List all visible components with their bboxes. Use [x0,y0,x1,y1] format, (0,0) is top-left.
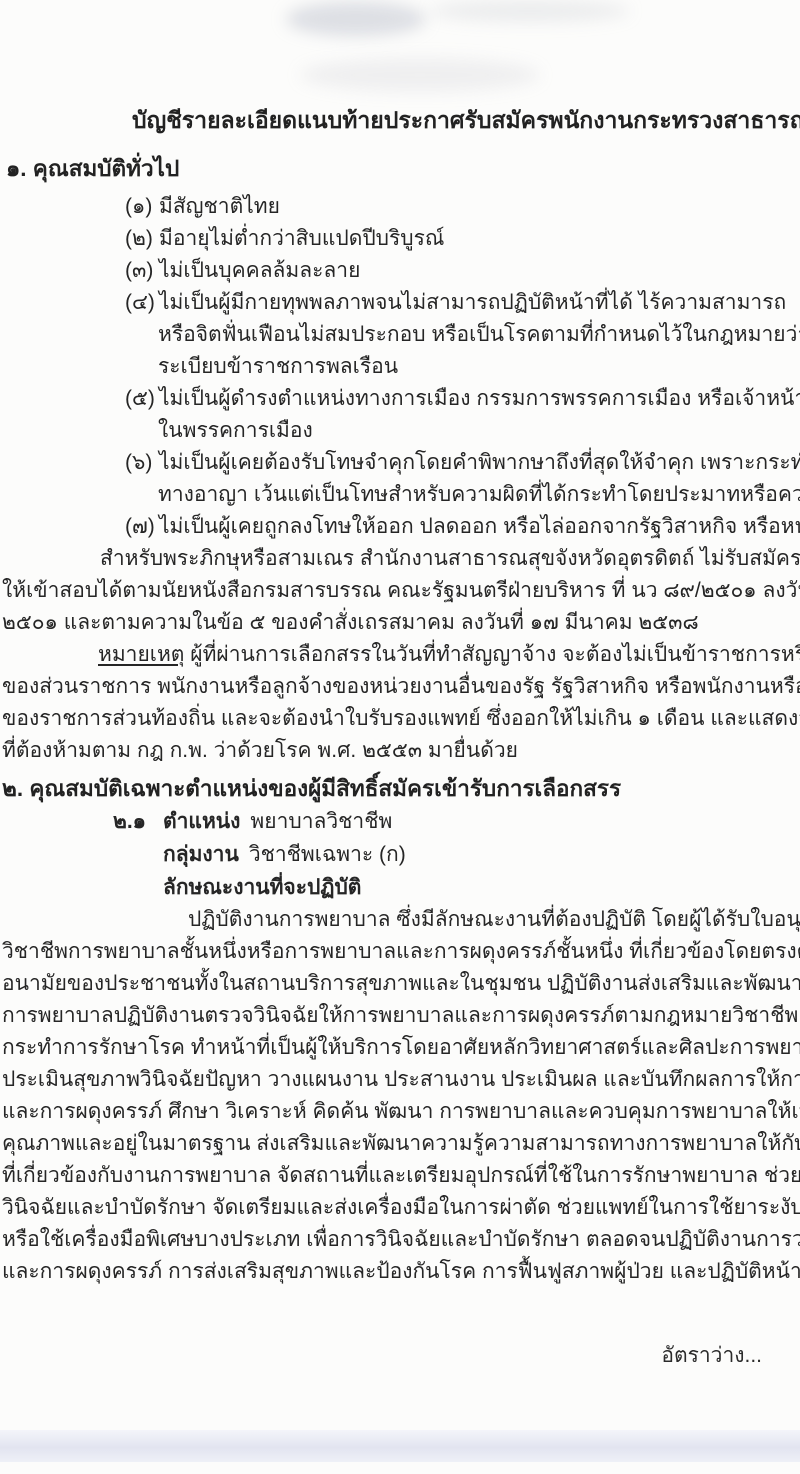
page-title: บัญชีรายละเอียดแนบท้ายประกาศรับสมัครพนัก… [0,0,800,137]
item-number: (๓) [125,255,159,287]
item-number: (๑) [125,191,159,223]
duties-line: วิชาชีพการพยาบาลชั้นหนึ่งหรือการพยาบาลแล… [0,936,800,968]
list-item: (๖)ไม่เป็นผู้เคยต้องรับโทษจำคุกโดยคำพิพา… [0,447,800,479]
note-label: หมายเหตุ [98,643,184,666]
note-first-line: หมายเหตุ ผู้ที่ผ่านการเลือกสรรในวันที่ทำ… [0,639,800,671]
scanned-document-page: บัญชีรายละเอียดแนบท้ายประกาศรับสมัครพนัก… [0,0,800,1474]
note-line: ที่ต้องห้ามตาม กฎ ก.พ. ว่าด้วยโรค พ.ศ. ๒… [0,735,800,767]
section2-heading: ๒. คุณสมบัติเฉพาะตำแหน่งของผู้มีสิทธิ์สม… [0,772,800,805]
duties-line: ประเมินสุขภาพวินิจฉัยปัญหา วางแผนงาน ประ… [0,1064,800,1096]
note-paragraph: หมายเหตุ ผู้ที่ผ่านการเลือกสรรในวันที่ทำ… [0,639,800,767]
duties-line: ปฏิบัติงานการพยาบาล ซึ่งมีลักษณะงานที่ต้… [0,904,800,936]
page-continuation-note: อัตราว่าง... [0,1340,800,1372]
duties-line: และการผดุงครรภ์ การส่งเสริมสุขภาพและป้อง… [0,1256,800,1288]
note-line: ของส่วนราชการ พนักงานหรือลูกจ้างของหน่วย… [0,671,800,703]
duties-heading: ลักษณะงานที่จะปฏิบัติ [0,871,800,904]
position-row: ๒.๑ตำแหน่งพยาบาลวิชาชีพ [0,805,800,838]
duties-line: คุณภาพและอยู่ในมาตรฐาน ส่งเสริมและพัฒนาค… [0,1128,800,1160]
sub-section-number: ๒.๑ [113,805,163,838]
monk-clause-line: ให้เข้าสอบได้ตามนัยหนังสือกรมสารบรรณ คณะ… [0,575,800,607]
position-label: ตำแหน่ง [163,810,240,833]
item-text: ไม่เป็นผู้ดำรงตำแหน่งทางการเมือง กรรมการ… [159,387,800,410]
group-label: กลุ่มงาน [163,843,239,866]
duties-line: อนามัยของประชาชนทั้งในสถานบริการสุขภาพแล… [0,968,800,1000]
duties-line: กระทำการรักษาโรค ทำหน้าที่เป็นผู้ให้บริก… [0,1032,800,1064]
position-details: ๒.๑ตำแหน่งพยาบาลวิชาชีพ กลุ่มงานวิชาชีพเ… [0,805,800,904]
group-row: กลุ่มงานวิชาชีพเฉพาะ (ก) [0,838,800,871]
item-text-continuation: หรือจิตฟั่นเฟือนไม่สมประกอบ หรือเป็นโรคต… [0,319,800,351]
section1-heading: ๑. คุณสมบัติทั่วไป [0,153,800,185]
item-text: ไม่เป็นผู้เคยถูกลงโทษให้ออก ปลดออก หรือไ… [159,515,800,538]
list-item: (๓)ไม่เป็นบุคคลล้มละลาย [0,255,800,287]
list-item: (๕)ไม่เป็นผู้ดำรงตำแหน่งทางการเมือง กรรม… [0,383,800,415]
duties-paragraph: ปฏิบัติงานการพยาบาล ซึ่งมีลักษณะงานที่ต้… [0,904,800,1288]
item-text-continuation: ระเบียบข้าราชการพลเรือน [0,351,800,383]
item-number: (๖) [125,447,159,479]
duties-line: วินิจฉัยและบำบัดรักษา จัดเตรียมและส่งเคร… [0,1192,800,1224]
item-text: ไม่เป็นผู้เคยต้องรับโทษจำคุกโดยคำพิพากษา… [159,451,800,474]
item-text-continuation: ในพรรคการเมือง [0,415,800,447]
item-text: มีสัญชาติไทย [159,195,280,218]
general-qualifications-list: (๑)มีสัญชาติไทย (๒)มีอายุไม่ต่ำกว่าสิบแป… [0,191,800,639]
monk-clause-line: สำหรับพระภิกษุหรือสามเณร สำนักงานสาธารณส… [0,543,800,575]
duties-line: และการผดุงครรภ์ ศึกษา วิเคราะห์ คิดค้น พ… [0,1096,800,1128]
list-item: (๗)ไม่เป็นผู้เคยถูกลงโทษให้ออก ปลดออก หร… [0,511,800,543]
list-item: (๑)มีสัญชาติไทย [0,191,800,223]
note-text: ผู้ที่ผ่านการเลือกสรรในวันที่ทำสัญญาจ้าง… [184,643,800,666]
position-value: พยาบาลวิชาชีพ [250,810,392,833]
monk-clause-line: ๒๕๐๑ และตามความในข้อ ๕ ของคำสั่งเถรสมาคม… [0,607,800,639]
group-value: วิชาชีพเฉพาะ (ก) [249,843,406,866]
item-number: (๒) [125,223,159,255]
item-number: (๗) [125,511,159,543]
item-text: ไม่เป็นผู้มีกายทุพพลภาพจนไม่สามารถปฏิบัต… [159,291,786,314]
duties-line: หรือใช้เครื่องมือพิเศษบางประเภท เพื่อการ… [0,1224,800,1256]
list-item: (๔)ไม่เป็นผู้มีกายทุพพลภาพจนไม่สามารถปฏิ… [0,287,800,319]
list-item: (๒)มีอายุไม่ต่ำกว่าสิบแปดปีบริบูรณ์ [0,223,800,255]
item-text-continuation: ทางอาญา เว้นแต่เป็นโทษสำหรับความผิดที่ได… [0,479,800,511]
item-number: (๔) [125,287,159,319]
duties-line: ที่เกี่ยวข้องกับงานการพยาบาล จัดสถานที่แ… [0,1160,800,1192]
scan-edge-band [0,1430,800,1462]
item-number: (๕) [125,383,159,415]
duties-line: การพยาบาลปฏิบัติงานตรวจวินิจฉัยให้การพยา… [0,1000,800,1032]
item-text: มีอายุไม่ต่ำกว่าสิบแปดปีบริบูรณ์ [159,227,444,250]
item-text: ไม่เป็นบุคคลล้มละลาย [159,259,360,282]
note-line: ของราชการส่วนท้องถิ่น และจะต้องนำใบรับรอ… [0,703,800,735]
